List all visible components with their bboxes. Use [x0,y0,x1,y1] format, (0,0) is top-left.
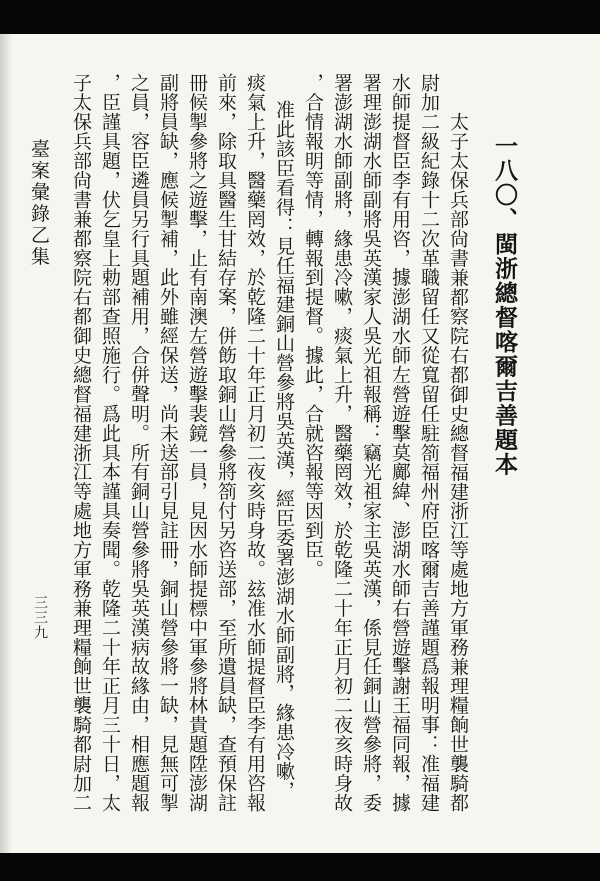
text-column: 尉加二級紀錄十二次革職留任又從寬留任駐箚福州府臣喀爾吉善謹題爲報明事：准福建 [414,73,443,817]
text-column: 前來，除取具醫生甘結存案，併飭取銅山營參將箚付另咨送部，至所遺員缺，查預保註 [211,73,240,817]
book-title: 臺案彙錄乙集 [26,139,53,268]
text-column: 之員，容臣遴員另行具題補用，合併聲明。所有銅山營參將吳英漢病故緣由，相應題報 [124,73,153,817]
text-column: 署理澎湖水師副將吳英漢家人吳光祖報稱：竊光祖家主吳英漢，係見任銅山營參將，委 [356,73,385,817]
document-title: 一八〇、閩浙總督喀爾吉善題本 [486,73,522,817]
text-column: ，合情報明等情，轉報到提督。據此，合就咨報等因到臣。 [298,73,327,817]
text-column: 副將員缺，應候掣補，此外雖經保送，尚未送部引見註冊，銅山營參將一缺，見無可掣 [153,73,182,817]
text-column: 署澎湖水師副將，緣患冷嗽，痰氣上升，醫藥罔效，於乾隆二十年正月初二夜亥時身故 [327,73,356,817]
text-column: 水師提督臣李有用咨，據澎湖水師左營遊擊莫鄺緯、澎湖水師右營遊擊謝王福同報，據 [385,73,414,817]
text-column: 冊候掣參將之遊擊，止有南澳左營遊擊裴鏡一員，見因水師提標中軍參將林貴題陞澎湖 [182,73,211,817]
text-column: ，臣謹具題，伏乞皇上勅部查照施行。爲此具本謹具奏聞。乾隆二十年正月三十日，太 [95,73,124,817]
scanned-book-page: 臺案彙錄乙集 三三九 一八〇、閩浙總督喀爾吉善題本 太子太保兵部尙書兼都察院右都… [0,0,600,881]
top-scan-border [0,0,600,34]
bottom-scan-border [0,853,600,881]
text-column: 痰氣上升，醫藥罔效，於乾隆二十年正月初二夜亥時身故。玆准水師提督臣李有用咨報 [240,73,269,817]
text-column: 太子太保兵部尙書兼都察院右都御史總督福建浙江等處地方軍務兼理糧餉世襲騎都 [443,73,472,817]
text-column: 准此該臣看得：見任福建銅山營參將吳英漢，經臣委署澎湖水師副將，緣患冷嗽， [269,73,298,817]
document-body: 一八〇、閩浙總督喀爾吉善題本 太子太保兵部尙書兼都察院右都御史總督福建浙江等處地… [66,73,522,817]
text-column: 子太保兵部尙書兼都察院右都御史總督福建浙江等處地方軍務兼理糧餉世襲騎都尉加二 [66,73,95,817]
page-gutter-shadow [0,34,12,853]
page-number: 三三九 [30,595,50,640]
